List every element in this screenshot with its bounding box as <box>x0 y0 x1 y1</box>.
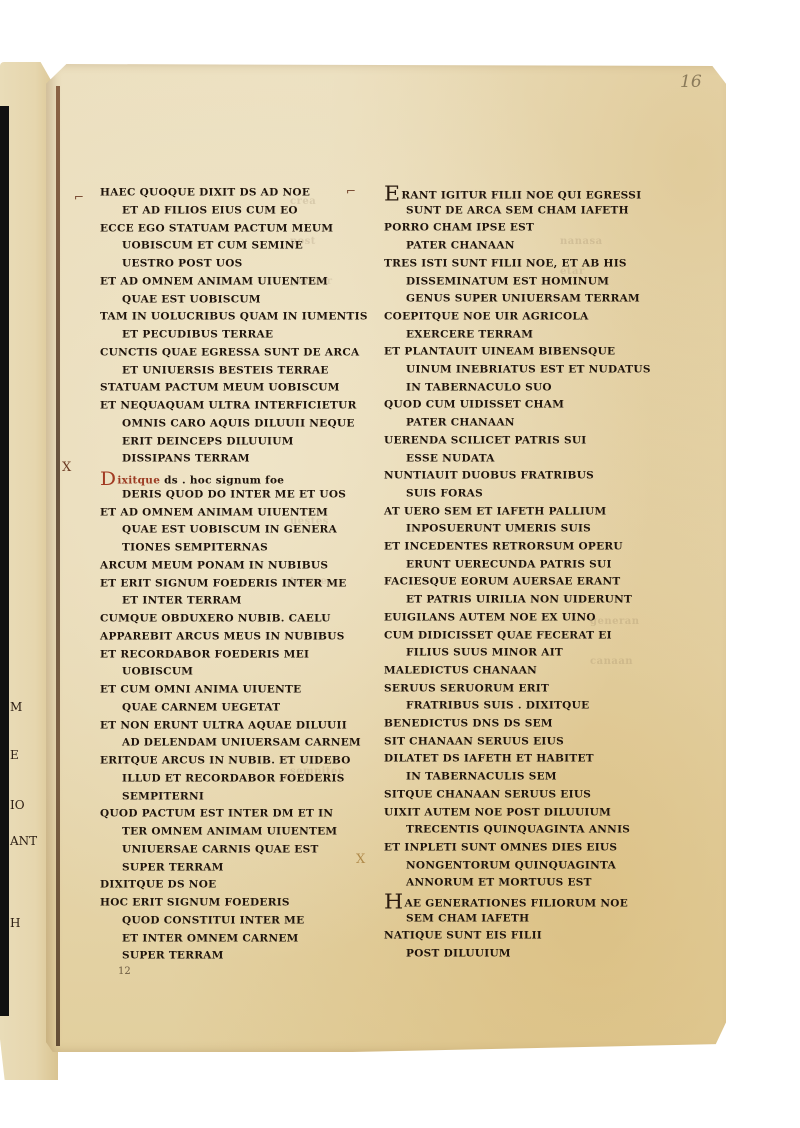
manuscript-line: SEM CHAM IAFETH <box>384 912 529 925</box>
manuscript-line: NONGENTORUM QUINQUAGINTA <box>384 859 616 872</box>
decorated-initial: E <box>384 182 400 206</box>
manuscript-line: UESTRO POST UOS <box>100 257 243 270</box>
manuscript-line: UOBISCUM ET CUM SEMINE <box>100 239 303 252</box>
manuscript-line: DISSEMINATUM EST HOMINUM <box>384 275 609 288</box>
manuscript-line: IN TABERNACULO SUO <box>384 381 552 394</box>
line-text: NUNTIAUIT DUOBUS FRATRIBUS <box>384 470 594 481</box>
line-text: ET AD FILIOS EIUS CUM EO <box>122 205 298 216</box>
line-text: DILATET DS IAFETH ET HABITET <box>384 753 594 764</box>
manuscript-line: Dixitque ds . hoc signum foe <box>100 470 284 487</box>
line-text: ET NEQUAQUAM ULTRA INTERFICIETUR <box>100 400 357 411</box>
manuscript-line: ERUNT UERECUNDA PATRIS SUI <box>384 558 612 571</box>
manuscript-line: UINUM INEBRIATUS EST ET NUDATUS <box>384 363 651 376</box>
line-text: ET ERIT SIGNUM FOEDERIS INTER ME <box>100 577 347 588</box>
manuscript-line: QUAE EST UOBISCUM <box>100 293 261 306</box>
line-text: EUIGILANS AUTEM NOE EX UINO <box>384 612 596 623</box>
manuscript-line: ERIT DEINCEPS DILUUIUM <box>100 435 294 448</box>
line-text: HOC ERIT SIGNUM FOEDERIS <box>100 897 290 908</box>
manuscript-line: ET PECUDIBUS TERRAE <box>100 328 273 341</box>
manuscript-line: TRES ISTI SUNT FILII NOE, ET AB HIS <box>384 257 627 270</box>
manuscript-line: ERITQUE ARCUS IN NUBIB. ET UIDEBO <box>100 754 351 767</box>
decorated-initial: D <box>100 467 116 490</box>
manuscript-line: AT UERO SEM ET IAFETH PALLIUM <box>384 505 606 518</box>
line-text: ET CUM OMNI ANIMA UIUENTE <box>100 684 301 695</box>
manuscript-line: SUPER TERRAM <box>100 949 224 962</box>
line-text: UOBISCUM ET CUM SEMINE <box>122 240 303 251</box>
manuscript-line: BENEDICTUS DNS DS SEM <box>384 717 553 730</box>
line-text: TER OMNEM ANIMAM UIUENTEM <box>122 826 337 837</box>
line-text: DIXITQUE DS NOE <box>100 879 216 890</box>
manuscript-line: HOC ERIT SIGNUM FOEDERIS <box>100 896 290 909</box>
fragment: M <box>10 700 22 714</box>
line-text: ERIT DEINCEPS DILUUIUM <box>122 435 294 446</box>
manuscript-line: ET PLANTAUIT UINEAM BIBENSQUE <box>384 345 615 358</box>
manuscript-line: TRECENTIS QUINQUAGINTA ANNIS <box>384 823 630 836</box>
line-text: PATER CHANAAN <box>406 240 515 251</box>
manuscript-line: APPAREBIT ARCUS MEUS IN NUBIBUS <box>100 630 345 643</box>
manuscript-line: ET NEQUAQUAM ULTRA INTERFICIETUR <box>100 399 357 412</box>
line-text: SITQUE CHANAAN SERUUS EIUS <box>384 789 591 800</box>
manuscript-line: QUOD PACTUM EST INTER DM ET IN <box>100 807 333 820</box>
gutter-line <box>56 86 60 1046</box>
manuscript-line: DIXITQUE DS NOE <box>100 878 216 891</box>
line-text: TAM IN UOLUCRIBUS QUAM IN IUMENTIS <box>100 311 368 322</box>
line-text: ET INPLETI SUNT OMNES DIES EIUS <box>384 842 617 853</box>
line-text: AD DELENDAM UNIUERSAM CARNEM <box>122 737 361 748</box>
manuscript-line: ET PATRIS UIRILIA NON UIDERUNT <box>384 593 632 606</box>
manuscript-line: SUIS FORAS <box>384 487 483 500</box>
line-text: ILLUD ET RECORDABOR FOEDERIS <box>122 773 345 784</box>
line-text: QUOD CUM UIDISSET CHAM <box>384 399 564 410</box>
manuscript-line: DERIS QUOD DO INTER ME ET UOS <box>100 488 346 501</box>
line-text: SIT CHANAAN SERUUS EIUS <box>384 736 564 747</box>
line-text: FRATRIBUS SUIS . DIXITQUE <box>406 700 589 711</box>
manuscript-line: UOBISCUM <box>100 665 193 678</box>
manuscript-line: DILATET DS IAFETH ET HABITET <box>384 752 594 765</box>
line-text: ARCUM MEUM PONAM IN NUBIBUS <box>100 560 328 571</box>
line-text: PATER CHANAAN <box>406 417 515 428</box>
manuscript-line: UERENDA SCILICET PATRIS SUI <box>384 434 587 447</box>
manuscript-line: TER OMNEM ANIMAM UIUENTEM <box>100 825 337 838</box>
manuscript-line: ESSE NUDATA <box>384 452 495 465</box>
line-text: ET PATRIS UIRILIA NON UIDERUNT <box>406 594 632 605</box>
line-text: CUMQUE OBDUXERO NUBIB. CAELU <box>100 613 331 624</box>
line-text: SEM CHAM IAFETH <box>406 913 529 924</box>
manuscript-line: SUPER TERRAM <box>100 861 224 874</box>
fragment: IO <box>10 798 25 812</box>
manuscript-line: ET UNIUERSIS BESTEIS TERRAE <box>100 364 329 377</box>
bottom-mark: 12 <box>118 966 131 977</box>
line-text: GENUS SUPER UNIUERSAM TERRAM <box>406 293 640 304</box>
line-text: BENEDICTUS DNS DS SEM <box>384 718 553 729</box>
manuscript-line: QUOD CUM UIDISSET CHAM <box>384 398 564 411</box>
manuscript-line: ET AD OMNEM ANIMAM UIUENTEM <box>100 506 328 519</box>
line-text: INPOSUERUNT UMERIS SUIS <box>406 523 591 534</box>
line-text: TRES ISTI SUNT FILII NOE, ET AB HIS <box>384 258 627 269</box>
line-text: FILIUS SUUS MINOR AIT <box>406 647 563 658</box>
line-text: NONGENTORUM QUINQUAGINTA <box>406 860 616 871</box>
manuscript-line: SEMPITERNI <box>100 790 204 803</box>
line-text: ET PECUDIBUS TERRAE <box>122 329 273 340</box>
manuscript-line: NATIQUE SUNT EIS FILII <box>384 929 542 942</box>
line-text: QUAE CARNEM UEGETAT <box>122 702 280 713</box>
manuscript-line: AD DELENDAM UNIUERSAM CARNEM <box>100 736 361 749</box>
manuscript-line: ILLUD ET RECORDABOR FOEDERIS <box>100 772 345 785</box>
line-text: COEPITQUE NOE UIR AGRICOLA <box>384 311 589 322</box>
fragment: E <box>10 748 19 762</box>
x-mark-icon: X <box>356 852 365 867</box>
line-text: CUNCTIS QUAE EGRESSA SUNT DE ARCA <box>100 347 360 358</box>
rubric-text: ixitque <box>117 475 164 486</box>
line-text: UOBISCUM <box>122 666 193 677</box>
manuscript-line: ET INTER OMNEM CARNEM <box>100 932 299 945</box>
line-text: ET INCEDENTES RETRORSUM OPERU <box>384 541 623 552</box>
manuscript-line: SIT CHANAAN SERUUS EIUS <box>384 735 564 748</box>
manuscript-line: PORRO CHAM IPSE EST <box>384 221 534 234</box>
manuscript-line: CUNCTIS QUAE EGRESSA SUNT DE ARCA <box>100 346 360 359</box>
manuscript-line: NUNTIAUIT DUOBUS FRATRIBUS <box>384 469 594 482</box>
line-text: ESSE NUDATA <box>406 452 495 463</box>
manuscript-line: FACIESQUE EORUM AUERSAE ERANT <box>384 575 621 588</box>
line-text: AT UERO SEM ET IAFETH PALLIUM <box>384 506 606 517</box>
manuscript-line: UNIUERSAE CARNIS QUAE EST <box>100 843 319 856</box>
manuscript-line: OMNIS CARO AQUIS DILUUII NEQUE <box>100 417 355 430</box>
manuscript-line: QUOD CONSTITUI INTER ME <box>100 914 304 927</box>
margin-mark-icon: ⌐ <box>74 190 84 204</box>
line-text: UINUM INEBRIATUS EST ET NUDATUS <box>406 364 651 375</box>
line-text: ERUNT UERECUNDA PATRIS SUI <box>406 559 612 570</box>
manuscript-line: PATER CHANAAN <box>384 239 515 252</box>
rubric-x-mark-icon: X <box>62 460 71 475</box>
manuscript-line: FRATRIBUS SUIS . DIXITQUE <box>384 699 589 712</box>
manuscript-line: QUAE EST UOBISCUM IN GENERA <box>100 523 337 536</box>
line-text: ET AD OMNEM ANIMAM UIUENTEM <box>100 506 328 517</box>
fragment: H <box>10 916 20 930</box>
line-text: TRECENTIS QUINQUAGINTA ANNIS <box>406 824 630 835</box>
manuscript-line: PATER CHANAAN <box>384 416 515 429</box>
line-text: APPAREBIT ARCUS MEUS IN NUBIBUS <box>100 631 345 642</box>
line-text: IN TABERNACULO SUO <box>406 382 552 393</box>
line-text: PORRO CHAM IPSE EST <box>384 222 534 233</box>
manuscript-line: SERUUS SERUORUM ERIT <box>384 682 549 695</box>
line-text: ERITQUE ARCUS IN NUBIB. ET UIDEBO <box>100 755 351 766</box>
line-text: AE GENERATIONES FILIORUM NOE <box>405 898 629 909</box>
line-text: ET UNIUERSIS BESTEIS TERRAE <box>122 364 329 375</box>
line-text: IN TABERNACULIS SEM <box>406 771 557 782</box>
manuscript-line: QUAE CARNEM UEGETAT <box>100 701 280 714</box>
line-text: OMNIS CARO AQUIS DILUUII NEQUE <box>122 418 355 429</box>
manuscript-line: ARCUM MEUM PONAM IN NUBIBUS <box>100 559 328 572</box>
line-text: ET PLANTAUIT UINEAM BIBENSQUE <box>384 346 615 357</box>
manuscript-line: SITQUE CHANAAN SERUUS EIUS <box>384 788 591 801</box>
line-text: DERIS QUOD DO INTER ME ET UOS <box>122 489 346 500</box>
line-text: DISSIPANS TERRAM <box>122 453 250 464</box>
manuscript-line: COEPITQUE NOE UIR AGRICOLA <box>384 310 589 323</box>
manuscript-line: HAE GENERATIONES FILIORUM NOE <box>384 894 628 910</box>
manuscript-line: TIONES SEMPITERNAS <box>100 541 268 554</box>
manuscript-line: CUM DIDICISSET QUAE FECERAT EI <box>384 629 612 642</box>
line-text: UIXIT AUTEM NOE POST DILUUIUM <box>384 806 611 817</box>
line-text: QUAE EST UOBISCUM IN GENERA <box>122 524 337 535</box>
manuscript-line: CUMQUE OBDUXERO NUBIB. CAELU <box>100 612 331 625</box>
line-text: SEMPITERNI <box>122 790 204 801</box>
line-text: FACIESQUE EORUM AUERSAE ERANT <box>384 576 621 587</box>
manuscript-line: ET ERIT SIGNUM FOEDERIS INTER ME <box>100 577 347 590</box>
line-text: ET RECORDABOR FOEDERIS MEI <box>100 648 309 659</box>
line-text: UNIUERSAE CARNIS QUAE EST <box>122 844 319 855</box>
manuscript-line: IN TABERNACULIS SEM <box>384 770 557 783</box>
manuscript-line: MALEDICTUS CHANAAN <box>384 664 537 677</box>
line-text: CUM DIDICISSET QUAE FECERAT EI <box>384 629 612 640</box>
line-text: ET INTER OMNEM CARNEM <box>122 932 299 943</box>
line-text: SERUUS SERUORUM ERIT <box>384 683 549 694</box>
manuscript-line: ET NON ERUNT ULTRA AQUAE DILUUII <box>100 719 347 732</box>
line-text: HAEC QUOQUE DIXIT DS AD NOE <box>100 187 310 198</box>
manuscript-line: ERANT IGITUR FILII NOE QUI EGRESSI <box>384 186 641 202</box>
line-text: STATUAM PACTUM MEUM UOBISCUM <box>100 382 340 393</box>
manuscript-line: ET AD FILIOS EIUS CUM EO <box>100 204 298 217</box>
line-text: SUIS FORAS <box>406 488 483 499</box>
line-text: ET AD OMNEM ANIMAM UIUENTEM <box>100 276 328 287</box>
line-text: QUOD PACTUM EST INTER DM ET IN <box>100 808 333 819</box>
manuscript-line: FILIUS SUUS MINOR AIT <box>384 646 563 659</box>
line-text: SUPER TERRAM <box>122 950 224 961</box>
manuscript-line: HAEC QUOQUE DIXIT DS AD NOE <box>100 186 310 199</box>
line-text: MALEDICTUS CHANAAN <box>384 665 537 676</box>
manuscript-line: ECCE EGO STATUAM PACTUM MEUM <box>100 222 333 235</box>
manuscript-line: ET INCEDENTES RETRORSUM OPERU <box>384 540 623 553</box>
manuscript-line: DISSIPANS TERRAM <box>100 452 250 465</box>
line-text: EXERCERE TERRAM <box>406 329 533 340</box>
manuscript-line: POST DILUUIUM <box>384 947 511 960</box>
line-text: POST DILUUIUM <box>406 948 511 959</box>
line-text: ds . hoc signum foe <box>164 475 284 486</box>
manuscript-line: TAM IN UOLUCRIBUS QUAM IN IUMENTIS <box>100 310 368 323</box>
line-text: RANT IGITUR FILII NOE QUI EGRESSI <box>401 190 641 201</box>
margin-mark-icon: ⌐ <box>346 184 356 198</box>
line-text: ET INTER TERRAM <box>122 595 242 606</box>
manuscript-line: ET INTER TERRAM <box>100 594 242 607</box>
line-text: UERENDA SCILICET PATRIS SUI <box>384 435 587 446</box>
manuscript-line: ANNORUM ET MORTUUS EST <box>384 876 592 889</box>
decorated-initial: H <box>384 890 404 914</box>
line-text: DISSEMINATUM EST HOMINUM <box>406 275 609 286</box>
line-text: UESTRO POST UOS <box>122 258 243 269</box>
line-text: ECCE EGO STATUAM PACTUM MEUM <box>100 222 333 233</box>
manuscript-line: ET CUM OMNI ANIMA UIUENTE <box>100 683 301 696</box>
manuscript-line: ET RECORDABOR FOEDERIS MEI <box>100 648 309 661</box>
manuscript-line: EXERCERE TERRAM <box>384 328 533 341</box>
line-text: ET NON ERUNT ULTRA AQUAE DILUUII <box>100 719 347 730</box>
line-text: QUAE EST UOBISCUM <box>122 293 261 304</box>
line-text: NATIQUE SUNT EIS FILII <box>384 930 542 941</box>
binding-shadow <box>0 106 9 1016</box>
manuscript-line: INPOSUERUNT UMERIS SUIS <box>384 522 591 535</box>
line-text: ANNORUM ET MORTUUS EST <box>406 877 592 888</box>
fragment: ANT <box>10 834 37 848</box>
manuscript-line: EUIGILANS AUTEM NOE EX UINO <box>384 611 596 624</box>
folio-number: 16 <box>680 72 702 92</box>
line-text: SUNT DE ARCA SEM CHAM IAFETH <box>406 205 629 216</box>
manuscript-line: ET INPLETI SUNT OMNES DIES EIUS <box>384 841 617 854</box>
manuscript-line: UIXIT AUTEM NOE POST DILUUIUM <box>384 806 611 819</box>
manuscript-line: ET AD OMNEM ANIMAM UIUENTEM <box>100 275 328 288</box>
line-text: SUPER TERRAM <box>122 861 224 872</box>
line-text: TIONES SEMPITERNAS <box>122 542 268 553</box>
manuscript-line: SUNT DE ARCA SEM CHAM IAFETH <box>384 204 629 217</box>
line-text: QUOD CONSTITUI INTER ME <box>122 915 304 926</box>
manuscript-line: GENUS SUPER UNIUERSAM TERRAM <box>384 292 640 305</box>
manuscript-line: STATUAM PACTUM MEUM UOBISCUM <box>100 381 340 394</box>
